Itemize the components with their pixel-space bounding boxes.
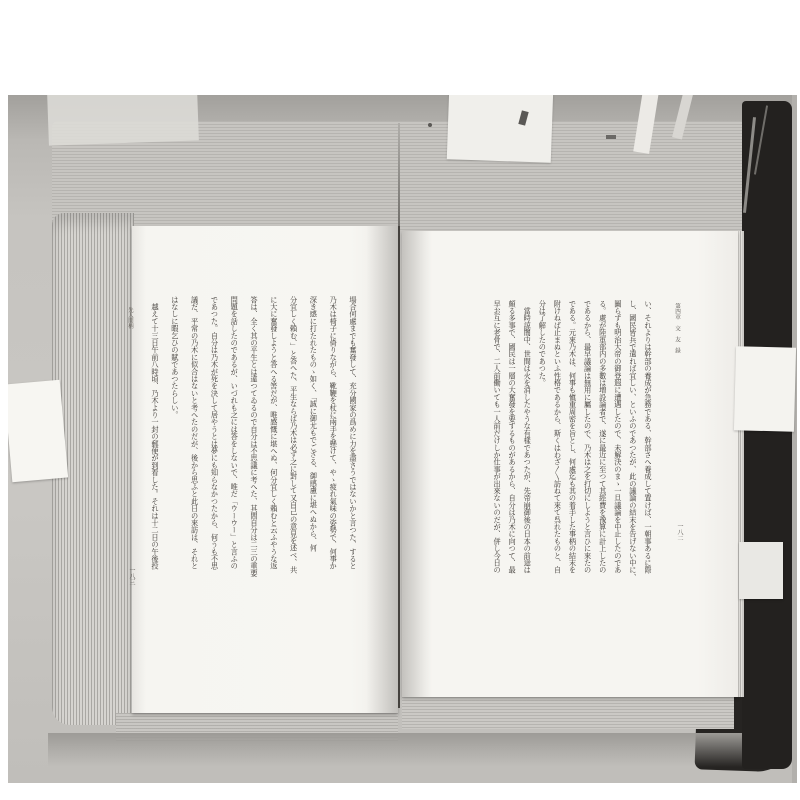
photo-right-margin: [792, 95, 797, 783]
text-column: 議だ、平常の乃木に似合はないと考へたのだが、後から思ふと此日の來訪は、それと: [184, 296, 204, 588]
bookmark-slip-left: [8, 380, 68, 483]
text-column: 答は、全く其の平生とは違つてゐるので自分は不思議に考へた、其間自分は二三の重要: [243, 296, 263, 588]
bookmark-tab-right-lower: [739, 542, 783, 599]
text-column: に大に奮發しようと答へる筈だが、唯感慨に堪へぬ、何分宜しく賴むと云ふやうな返: [263, 296, 283, 588]
gutter-shadow-left: [366, 226, 398, 713]
chapter-running-header: 第四章 交 友 録: [672, 303, 682, 473]
text-column: であるから、最早議論は無用に屬したので、乃木は之を打切にしようと言ひに來たの: [580, 300, 595, 590]
margin-running-title: 先人間柄: [125, 307, 134, 347]
page-number-left: 一八三: [126, 567, 136, 597]
book-cover: [742, 101, 792, 769]
book-photograph: 第四章 交 友 録 一八二 い、それよりは幹部の養成が急務である、幹部さへ養成し…: [8, 95, 797, 783]
text-column: 圖らずも明治大帝の御登遐に遭遇したので、未解決のまゝ一旦議論を中止したのであ: [610, 300, 625, 590]
paper-patch-top-left: [47, 95, 199, 146]
text-column: 當時諒闇中、世間は火を消したやうな有樣であつたが、先帝崩御後の日本の前途は: [519, 300, 534, 590]
text-column: 附けねば止まぬといふ性格であるから、斯くはわざ〳〵訪ねて來て呉れたものと、自: [549, 300, 564, 590]
text-column: はなしに暇乞ひの賦であつたらしい。: [164, 296, 184, 588]
photo-speck: [428, 123, 432, 127]
text-column: である。元來乃木は、何事も愼重周密を旨とし、何處迄も其の着手した事柄の結末を: [564, 300, 579, 590]
text-column: 場合何處までも奮發して、充分國家の爲めに力を盡さうではないかと言つた、すると: [342, 296, 362, 588]
spine-top-line: [398, 123, 400, 231]
text-column: 頗る多事で、國民は一層の大奮發を要するものがあるから、自分は乃木に向つて、最: [504, 300, 519, 590]
text-column: 分宜しく賴む、」と答へた、平生ならば乃木は必ず之に對して又自己の意見を述べ、共: [283, 296, 303, 588]
screenshot-canvas: 第四章 交 友 録 一八二 い、それよりは幹部の養成が急務である、幹部さへ養成し…: [0, 0, 800, 800]
gutter-shadow-right: [402, 231, 432, 697]
page-number-right: 一八二: [674, 523, 684, 553]
photo-speck: [606, 135, 616, 139]
text-column: 分は了解したのであつた。: [534, 300, 549, 590]
bottom-shadow: [48, 733, 754, 767]
text-column: る。處が陸軍部内の多數は増設論者で、遂に最近に至つて其經費を豫算に計上したの: [595, 300, 610, 590]
text-column: 乃木は椅子に倚りながら、靴鞭を杖に兩手を懸けて、やゝ疲れ氣味の姿勢で、何事か: [322, 296, 342, 588]
text-column: 早お互に老骨で、二人前働いても一人前だけしか仕事が出來ないのだが、併し今日の: [489, 300, 504, 590]
right-page-text: い、それよりは幹部の養成が急務である、幹部さへ養成して置けば、一朝事あるに際 し…: [489, 300, 655, 590]
left-page-text: 場合何處までも奮發して、充分國家の爲めに力を盡さうではないかと言つた、すると 乃…: [144, 296, 362, 588]
bottom-page-edges-right: [402, 697, 734, 729]
text-column: であつた。自分は乃木が死を決して居やうとは夢にも知らなかつたから、何うも不思: [204, 296, 224, 588]
text-column: し、國民皆兵で遣れば宜しい、といふのであつたが、此の議論の結末を告げない中に、: [625, 300, 640, 590]
gutter-line: [398, 226, 400, 708]
text-column: 深き感に打たれたものゝ如く、「誠に御尤もでござる、御感慮に堪へぬから、何: [303, 296, 323, 588]
bookmark-tab-right-upper: [734, 346, 796, 432]
text-column: い、それよりは幹部の養成が急務である、幹部さへ養成して置けば、一朝事あるに際: [640, 300, 655, 590]
text-column: 越えて十三日午前八時頃、乃木より一封の郵便が到着した。それは十二日の午後投: [144, 296, 164, 588]
text-column: 問題を話したのであるが、いづれも之には答をしないで、唯だ「ウーウー」と言ふの: [223, 296, 243, 588]
paper-slip-top: [447, 95, 553, 163]
